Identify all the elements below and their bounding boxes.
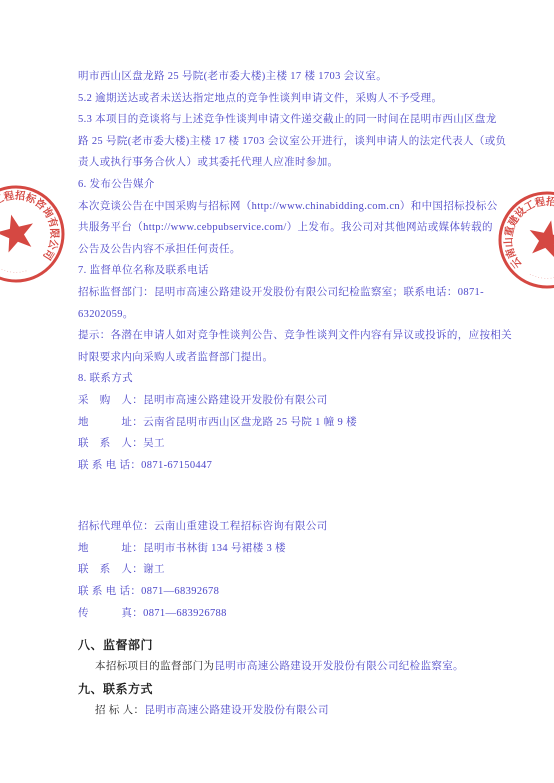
doc-line: 5.3 本项目的竞谈将与上述竞争性谈判申请文件递交截止的同一时间在昆明市西山区盘… xyxy=(78,109,492,131)
doc-line: 7. 监督单位名称及联系电话 xyxy=(78,260,492,282)
supervision-text-line: 本招标项目的监督部门为昆明市高速公路建设开发股份有限公司纪检监察室。 xyxy=(78,656,498,678)
doc-line: 8. 联系方式 xyxy=(78,368,492,390)
doc-line: 6. 发布公告媒介 xyxy=(78,174,492,196)
doc-line: 责人或执行事务合伙人）或其委托代理人应准时参加。 xyxy=(78,152,492,174)
doc-line: 时限要求内向采购人或者监督部门提出。 xyxy=(78,347,492,369)
svg-text:··········: ·········· xyxy=(0,267,29,276)
svg-text:··········: ·········· xyxy=(528,273,554,282)
tenderer-label: 招 标 人： xyxy=(95,705,144,716)
supervision-text-black: 本招标项目的监督部门为 xyxy=(95,661,214,672)
doc-line: 联 系 电 话：0871—68392678 xyxy=(78,581,492,603)
doc-line: 5.2 逾期送达或者未送达指定地点的竞争性谈判申请文件，采购人不予受理。 xyxy=(78,88,492,110)
doc-line: 联 系 人：吴工 xyxy=(78,433,492,455)
svg-text:云南山重建设工程招标咨询有限公司: 云南山重建设工程招标咨询有限公司 xyxy=(0,189,61,265)
supervision-text-blue: 昆明市高速公路建设开发股份有限公司纪检监察室。 xyxy=(214,661,464,672)
seal-star-icon xyxy=(0,210,38,254)
doc-line: 招标监督部门：昆明市高速公路建设开发股份有限公司纪检监察室；联系电话：0871- xyxy=(78,282,492,304)
tenderer-line: 招 标 人：昆明市高速公路建设开发股份有限公司 xyxy=(78,700,498,722)
seal-serial-text: ·········· xyxy=(0,267,29,276)
document-page: 明市西山区盘龙路 25 号院(老市委大楼)主楼 17 楼 1703 会议室。5.… xyxy=(0,0,554,783)
doc-line: 采 购 人：昆明市高速公路建设开发股份有限公司 xyxy=(78,390,492,412)
doc-line: 地 址：昆明市书林街 134 号裙楼 3 楼 xyxy=(78,538,492,560)
doc-line: 路 25 号院(老市委大楼)主楼 17 楼 1703 会议室公开进行，谈判申请人… xyxy=(78,131,492,153)
document-footer: 八、监督部门 本招标项目的监督部门为昆明市高速公路建设开发股份有限公司纪检监察室… xyxy=(78,634,498,721)
company-seal-stamp-left: 云南山重建设工程招标咨询有限公司 ·········· xyxy=(0,174,76,294)
seal-star-icon xyxy=(525,216,554,259)
doc-line: 本次竞谈公告在中国采购与招标网（http://www.chinabidding.… xyxy=(78,196,492,218)
doc-line: 地 址：云南省昆明市西山区盘龙路 25 号院 1 幢 9 楼 xyxy=(78,412,492,434)
section-heading-supervision: 八、监督部门 xyxy=(78,634,498,656)
doc-line: 公告及公告内容不承担任何责任。 xyxy=(78,239,492,261)
section-heading-contact: 九、联系方式 xyxy=(78,678,498,700)
seal-arc-text: 云南山重建设工程招标咨询有限公司 xyxy=(0,189,61,265)
doc-line: 共服务平台（http://www.cebpubservice.com/）上发布。… xyxy=(78,217,492,239)
doc-line: 招标代理单位：云南山重建设工程招标咨询有限公司 xyxy=(78,516,492,538)
doc-line: 联 系 电 话：0871-67150447 xyxy=(78,455,492,477)
doc-line: 传 真：0871—683926788 xyxy=(78,603,492,625)
tenderer-value: 昆明市高速公路建设开发股份有限公司 xyxy=(144,705,328,716)
company-seal-stamp-right: 云南山重建设工程招标咨询有限公司 ·········· xyxy=(487,180,554,300)
doc-line: 63202059。 xyxy=(78,304,492,326)
document-body: 明市西山区盘龙路 25 号院(老市委大楼)主楼 17 楼 1703 会议室。5.… xyxy=(78,66,492,624)
doc-line: 明市西山区盘龙路 25 号院(老市委大楼)主楼 17 楼 1703 会议室。 xyxy=(78,66,492,88)
doc-line: 提示：各潜在申请人如对竞争性谈判公告、竞争性谈判文件内容有异议或投诉的，应按相关 xyxy=(78,325,492,347)
doc-line: 联 系 人：谢工 xyxy=(78,559,492,581)
seal-serial-text: ·········· xyxy=(528,273,554,282)
